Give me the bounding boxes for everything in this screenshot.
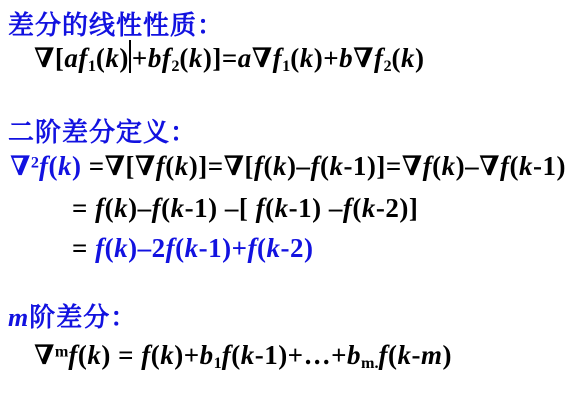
second-order-definition-heading: 二阶差分定义： (8, 112, 197, 149)
m-order-formula: ∇mf(k) = f(k)+b1f(k-1)+…+bm.f(k-m) (34, 340, 452, 373)
text-cursor (129, 40, 131, 73)
linear-property-heading: 差分的线性性质： (8, 5, 224, 42)
second-order-formula-line-1: ∇2f(k) =∇[∇f(k)]=∇[f(k)–f(k-1)]=∇f(k)–∇f… (10, 151, 566, 182)
second-order-formula-line-2: = f(k)–f(k-1) –[ f(k-1) –f(k-2)] (72, 193, 418, 224)
linear-property-formula: ∇[af1(k)+bf2(k)]=a∇f1(k)+b∇f2(k) (34, 40, 425, 76)
slide: 差分的线性性质： ∇[af1(k)+bf2(k)]=a∇f1(k)+b∇f2(k… (0, 0, 569, 396)
second-order-formula-line-3: = f(k)–2f(k-1)+f(k-2) (72, 233, 314, 264)
m-order-heading: m阶差分： (8, 297, 137, 334)
